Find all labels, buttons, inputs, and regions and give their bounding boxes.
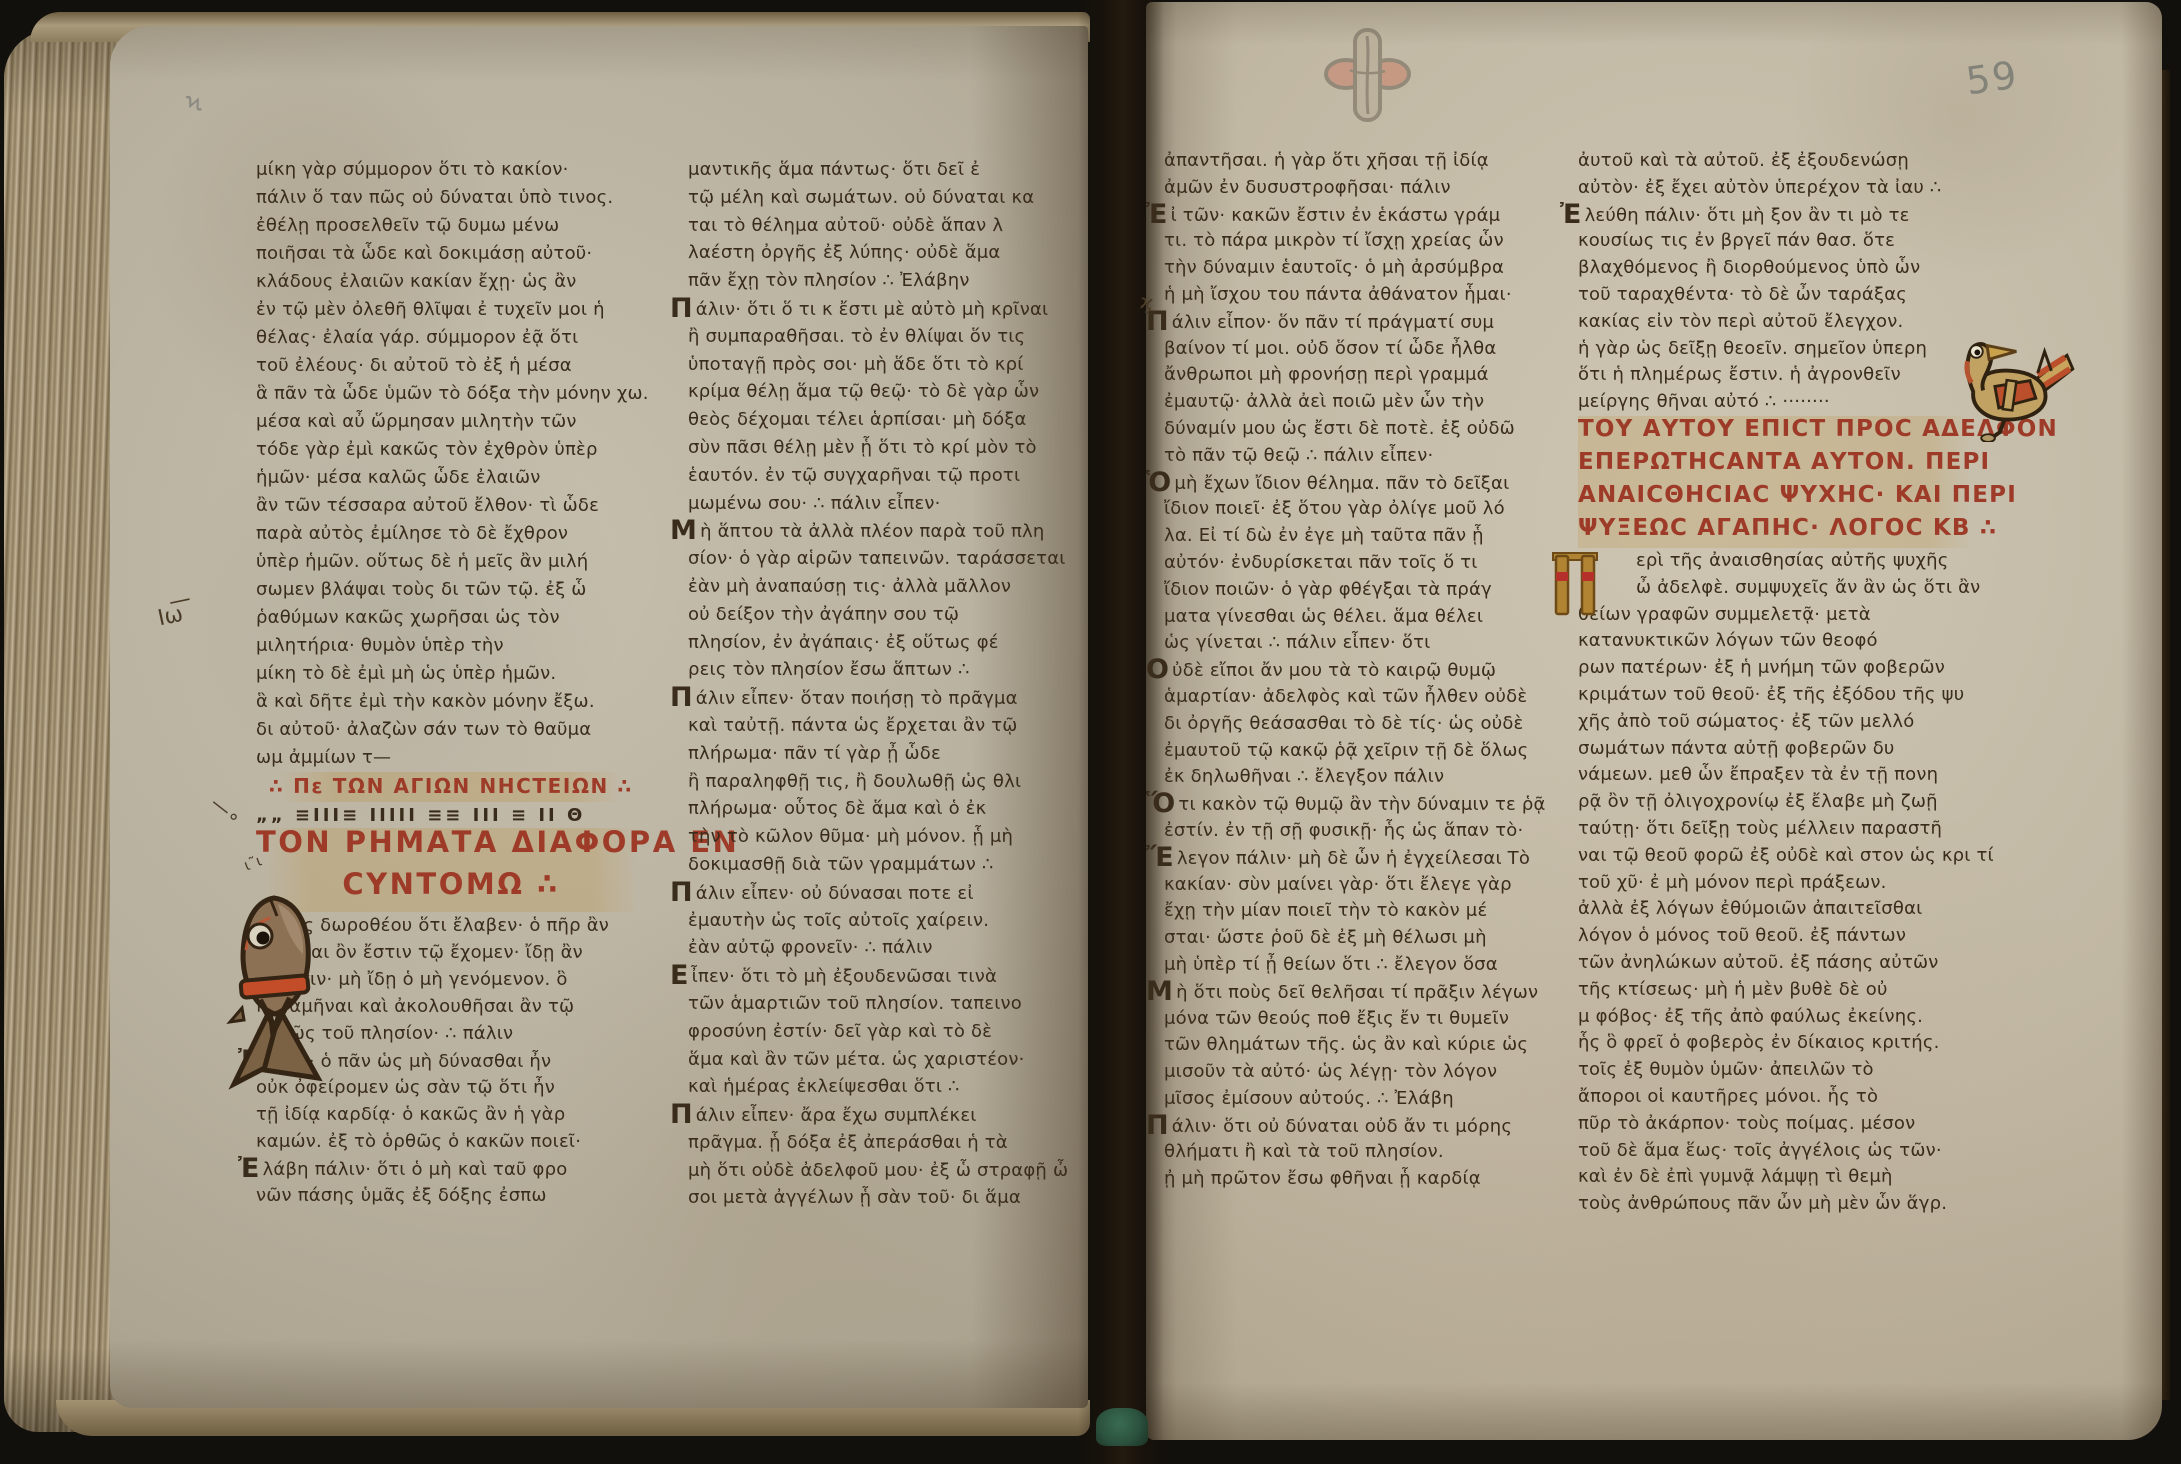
rubric-line: ∴ Πε ΤΩΝ ΑΓΙΩΝ ΝΗCΤΕΙΩΝ ∴ xyxy=(256,772,646,802)
text-line: ἔχῃ τὴν μίαν ποιεῖ τὴν τὸ κακὸν μέ xyxy=(1164,898,1564,925)
text-line: τῆς κτίσεως· μὴ ἡ μὲν βυθὲ δὲ οὐ xyxy=(1578,977,1978,1004)
text-line: δι αὐτοῦ· ἀλαζὼν σάν των τὸ θαῦμα xyxy=(256,716,646,744)
text-line: ὡς γίνεται ∴ πάλιν εἶπεν· ὅτι xyxy=(1164,630,1564,657)
text-line: ἄνθρωποι μὴ φρονήσῃ περὶ γραμμά xyxy=(1164,362,1564,389)
text-line: Πάλιν εἶπεν· οὐ δύνασαι ποτε εἰ xyxy=(688,879,1084,907)
text-line: τῶν ἀνηλώκων αὐτοῦ. ἐξ πάσης αὐτῶν xyxy=(1578,950,1978,977)
text-line: ὑποταγῇ πρὸς σοι· μὴ ἅδε ὅτι τὸ κρί xyxy=(688,351,1084,379)
text-line: μαντικῆς ἅμα πάντως· ὅτι δεῖ ἐ xyxy=(688,156,1084,184)
text-line: ρων πατέρων· ἐξ ἡ μνήμη τῶν φοβερῶν xyxy=(1578,655,1978,682)
text-line: νάμεων. μεθ ὧν ἔπραξεν τὰ ἐν τῇ πονη xyxy=(1578,762,1978,789)
text-line: ρᾷ ὂν τῇ ὀλιγοχρονίῳ ἐξ ἔλαβε μὴ ζωῇ xyxy=(1578,789,1978,816)
text-line: μιλητήρια· θυμὸν ὑπὲρ τὴν xyxy=(256,632,646,660)
text-line: τοῦ δὲ ἅμα ἕως· τοῖς ἀγγέλοις ὡς τῶν· xyxy=(1578,1138,1978,1165)
text-line: ἁμαρτίαν· ἀδελφὸς καὶ τῶν ἦλθεν οὐδὲ xyxy=(1164,684,1564,711)
text-line: τῷ μέλη καὶ σωμάτων. οὐ δύναται κα xyxy=(688,184,1084,212)
rubric-line: ΑΝΑΙCΘΗCΙΑC ΨΥΧΗC· ΚΑΙ ΠΕΡΙ xyxy=(1578,482,1978,515)
text-line: οὐ δείξον τὴν ἀγάπην σου τῷ xyxy=(688,601,1084,629)
text-line: ὅτι ἡ πλημέρως ἔστιν. ἡ ἀγρονθεῖν xyxy=(1578,362,1978,389)
text-line: τὴν τὸ κῶλον θῦμα· μὴ μόνον. ᾗ μὴ xyxy=(688,823,1084,851)
text-line: ἂν τῶν τέσσαρα αὐτοῦ ἔλθον· τὶ ὧδε xyxy=(256,492,646,520)
text-line: ἐν τῷ μὲν ὀλεθῆ θλῖψαι ἐ τυχεῖν μοι ἡ xyxy=(256,296,646,324)
text-line: ἐμαυτὴν ὡς τοῖς αὐτοῖς χαίρειν. xyxy=(688,907,1084,935)
text-line: αὐτὸν· ἐξ ἔχει αὐτὸν ὑπερέχον τὰ ἰαυ ∴ xyxy=(1578,175,1978,202)
text-line: ἐθέλῃ προσελθεῖν τῷ δυμω μένω xyxy=(256,212,646,240)
text-line: Μὴ ἅπτου τὰ ἀλλὰ πλέον παρὰ τοῦ πλη xyxy=(688,517,1084,545)
text-line: λα. Εἰ τί δὼ ἐν ἐγε μὴ ταῦτα πᾶν ᾗ xyxy=(1164,523,1564,550)
text-line: θείων γραφῶν συμμελετᾷ· μετὰ xyxy=(1578,602,1978,629)
manuscript-photo: 59 xyxy=(0,0,2181,1464)
text-line: μῖσος ἐμίσουν αὐτούς. ∴ Ἐλάβη xyxy=(1164,1086,1564,1113)
enlarged-initial: Π xyxy=(670,293,696,324)
text-line: πλησίον, ἐν ἀγάπαις· ἐξ οὕτως φέ xyxy=(688,629,1084,657)
right-column-1: ἀπαντῆσαι. ἡ γὰρ ὅτι χῆσαι τῇ ἰδίᾳἀμῶν ἐ… xyxy=(1164,148,1564,1193)
text-line: ἡ γὰρ ὡς δεῖξῃ θεοεῖν. σημεῖον ὑπερη xyxy=(1578,336,1978,363)
enlarged-initial: Ο xyxy=(1146,654,1172,685)
enlarged-initial: Π xyxy=(670,1099,696,1130)
text-line: βλαχθόμενος ἢ διορθούμενος ὑπὸ ὧν xyxy=(1578,255,1978,282)
enlarged-initial: Ὁ xyxy=(1146,467,1174,498)
text-line: καὶ ἡμέρας ἐκλείψεσθαι ὅτι ∴ xyxy=(688,1073,1084,1101)
text-line: πᾶν ἔχῃ τὸν πλησίον ∴ Ἐλάβην xyxy=(688,267,1084,295)
enlarged-initial: Ἐ xyxy=(238,1153,263,1184)
text-line: μόνα τῶν θεούς ποθ ἔξις ἔν τι θυμεῖν xyxy=(1164,1006,1564,1033)
text-line: μὴ ὑπὲρ τί ᾖ θείων ὅτι ∴ ἔλεγον ὅσα xyxy=(1164,952,1564,979)
text-line: κακίας εἰν τὸν περὶ αὐτοῦ ἔλεγχον. xyxy=(1578,309,1978,336)
text-line: τῶν ἁμαρτιῶν τοῦ πλησίον. ταπεινο xyxy=(688,990,1084,1018)
text-line: ἐὰν αὐτῷ φρονεῖν· ∴ πάλιν xyxy=(688,934,1084,962)
text-line: χῆς ἀπὸ τοῦ σώματος· ἐξ τῶν μελλό xyxy=(1578,709,1978,736)
text-line: δύναμίν μου ὡς ἔστι δὲ ποτὲ. ἐξ οὐδῶ xyxy=(1164,416,1564,443)
right-column-2: ἀυτοῦ καὶ τὰ αὐτοῦ. ἐξ ἐξουδενώσῃαὐτὸν· … xyxy=(1578,148,1978,1218)
text-line: ἢ παραληφθῇ τις, ἢ δουλωθῇ ὡς θλι xyxy=(688,768,1084,796)
text-line: ἐκ δηλωθῆναι ∴ ἔλεγξον πάλιν xyxy=(1164,764,1564,791)
text-line: ἀλλὰ ἐξ λόγων ἐθύμοιῶν ἀπαιτεῖσθαι xyxy=(1578,896,1978,923)
text-line: ἢ συμπαραθῆσαι. τὸ ἐν θλίψαι ὅν τις xyxy=(688,323,1084,351)
text-line: ἃ πᾶν τὰ ὧδε ὑμῶν τὸ δόξα τὴν μόνην χω. xyxy=(256,380,646,408)
text-line: Πάλιν εἶπεν· ἄρα ἔχω συμπλέκει xyxy=(688,1101,1084,1129)
enlarged-initial: Π xyxy=(1146,1110,1172,1141)
text-line: τῶν θλημάτων τῆς. ὡς ἂν καὶ κύριε ὡς xyxy=(1164,1032,1564,1059)
text-line: σίον· ὁ γὰρ αἱρῶν ταπεινῶν. ταράσσεται xyxy=(688,545,1084,573)
text-line: μίκη τὸ δὲ ἐμὶ μὴ ὡς ὑπὲρ ἡμῶν. xyxy=(256,660,646,688)
rubric-line: ΤΟΝ ΡΗΜΑΤΑ ΔΙΑΦΟΡΑ ΕΝ xyxy=(256,828,646,870)
text-line: Πάλιν εἶπεν· ὅταν ποιήσῃ τὸ πρᾶγμα xyxy=(688,684,1084,712)
text-line: τῇ ἰδίᾳ καρδίᾳ· ὁ κακῶς ἂν ἡ γὰρ xyxy=(256,1101,646,1128)
bird-miniature-icon xyxy=(1944,330,2076,446)
text-line: τοῦ χῦ· ἐ μὴ μόνον περὶ πράξεων. xyxy=(1578,870,1978,897)
text-line: Οὐδὲ εἴποι ἄν μου τὰ τὸ καιρῷ θυμῷ xyxy=(1164,657,1564,684)
text-line: Ἐἰ τῶν· κακῶν ἔστιν ἐν ἑκάστω γράμ xyxy=(1164,202,1564,229)
text-line: αὐτόν· ἐνδυρίσκεται πᾶν τοῖς ὅ τι xyxy=(1164,550,1564,577)
text-line: τὸ πᾶν τῷ θεῷ ∴ πάλιν εἶπεν· xyxy=(1164,443,1564,470)
text-line: τι. τὸ πάρα μικρὸν τί ἴσχῃ χρείας ὧν xyxy=(1164,228,1564,255)
text-line: ῥαθύμων κακῶς χωρῆσαι ὡς τὸν xyxy=(256,604,646,632)
text-line: πλήρωμα· οὗτος δὲ ἅμα καὶ ὁ ἐκ xyxy=(688,795,1084,823)
text-line: λαέστη ὀργῆς ἐξ λύπης· οὐδὲ ἅμα xyxy=(688,239,1084,267)
text-line: ἀμῶν ἐν δυσυστροφῆσαι· πάλιν xyxy=(1164,175,1564,202)
text-line: μ φόβος· ἐξ τῆς ἀπὸ φαύλως ἐκείνης. xyxy=(1578,1004,1978,1031)
rubric-line: ΤΟΥ ΑΥΤΟΥ ΕΠΙCΤ ΠΡΟC ΑΔΕΛΦΟΝ xyxy=(1578,416,1978,449)
text-line: καὶ ταὐτῇ. πάντα ὡς ἔρχεται ἂν τῷ xyxy=(688,712,1084,740)
text-line: ωμ ἀμμίων τ— xyxy=(256,744,646,772)
margin-mark: Ιω͞ xyxy=(156,602,186,632)
cross-ornament-icon xyxy=(1322,24,1414,130)
text-line: τοῦ ἐλέους· δι αὐτοῦ τὸ ἐξ ἡ μέσα xyxy=(256,352,646,380)
text-line: μέσα καὶ αὖ ὥρμησαν μιλητὴν τῶν xyxy=(256,408,646,436)
text-line: μισοῦν τὰ αὐτό· ὡς λέγῃ· τὸν λόγον xyxy=(1164,1059,1564,1086)
left-column-2: μαντικῆς ἅμα πάντως· ὅτι δεῖ ἐτῷ μέλη κα… xyxy=(688,156,1084,1212)
text-line: πλήρωμα· πᾶν τί γὰρ ᾖ ὧδε xyxy=(688,740,1084,768)
text-line: θλήματι ἢ καὶ τὰ τοῦ πλησίον. xyxy=(1164,1139,1564,1166)
page-edges-stack xyxy=(4,30,118,1432)
text-line: Εἶπεν· ὅτι τὸ μὴ ἐξουδενῶσαι τινὰ xyxy=(688,962,1084,990)
text-line: μείργης θῆναι αὐτό ∴ ········ xyxy=(1578,389,1978,416)
text-line: ἴδιον ποιεῖ· ἐξ ὅτου γὰρ ὀλίγε μοῦ λό xyxy=(1164,496,1564,523)
text-line: πρᾶγμα. ᾗ δόξα ἐξ ἀπεράσθαι ἡ τὰ xyxy=(688,1129,1084,1157)
text-line: θέλας· ἐλαία γάρ. σύμμορον ἐᾷ ὅτι xyxy=(256,324,646,352)
text-line: Ἐλάβη πάλιν· ὅτι ὁ μὴ καὶ ταῦ φρο xyxy=(256,1155,646,1182)
text-line: ἄποροι οἱ καυτῆρες μόνοι. ἧς τὸ xyxy=(1578,1084,1978,1111)
text-line: σται· ὥστε ῥοῦ δὲ ἐξ μὴ θέλωσι μὴ xyxy=(1164,925,1564,952)
rubric-line: ΕΠΕΡΩΤΗCΑΝΤΑ ΑΥΤΟΝ. ΠΕΡΙ xyxy=(1578,449,1978,482)
text-line: Ἐλεύθη πάλιν· ὅτι μὴ ξον ἂν τι μὸ τε xyxy=(1578,202,1978,229)
text-line: πῦρ τὸ ἀκάρπον· τοὺς ποίμας. μέσον xyxy=(1578,1111,1978,1138)
enlarged-initial: Ὅ xyxy=(1146,788,1178,819)
text-line: ἴδιον ποιῶν· ὁ γὰρ φθέγξαι τὰ πράγ xyxy=(1164,577,1564,604)
fish-miniature-icon xyxy=(218,888,330,1097)
enlarged-initial: Ἐ xyxy=(1560,199,1585,230)
text-line: κακίαν· σὺν μαίνει γὰρ· ὅτι ἔλεγε γὰρ xyxy=(1164,872,1564,899)
folio-number: 59 xyxy=(1963,53,2021,104)
text-line: ταύτῃ· ὅτι δεῖξῃ τοὺς μέλλειν παραστῆ xyxy=(1578,816,1978,843)
rubric-line: ΨΥΞΕΩC ΑΓΑΠΗC· ΛΟΓΟC ΚΒ ∴ xyxy=(1578,515,1978,548)
enlarged-initial: Μ xyxy=(1146,976,1176,1007)
endband-green xyxy=(1096,1408,1148,1446)
text-line: κατανυκτικῶν λόγων τῶν θεοφό xyxy=(1578,628,1978,655)
text-line: μωμένω σου· ∴ πάλιν εἶπεν· xyxy=(688,490,1084,518)
text-line: Μὴ ὅτι ποὺς δεῖ θελῆσαι τί πρᾶξιν λέγων xyxy=(1164,979,1564,1006)
text-line: λόγον ὁ μόνος τοῦ θεοῦ. ἐξ πάντων xyxy=(1578,923,1978,950)
text-line: Ἔλεγον πάλιν· μὴ δὲ ὧν ἡ ἐγχείλεσαι Τὸ xyxy=(1164,845,1564,872)
text-line: τοὺς ἀνθρώπους πᾶν ὦν μὴ μὲν ὧν ἅγρ. xyxy=(1578,1191,1978,1218)
text-line: καὶ ἐν δὲ ἐπὶ γυμνᾷ λάμψῃ τὶ θεμὴ xyxy=(1578,1164,1978,1191)
text-line: νῶν πάσης ὑμᾶς ἐξ δόξης ἐσπω xyxy=(256,1182,646,1209)
text-line: ἀυτοῦ καὶ τὰ αὐτοῦ. ἐξ ἐξουδενώσῃ xyxy=(1578,148,1978,175)
enlarged-initial: Ε xyxy=(670,960,692,991)
text-line: ερὶ τῆς ἀναισθησίας αὐτῆς ψυχῆς xyxy=(1578,548,1978,575)
text-line: Ὁμὴ ἔχων ἴδιον θέλημα. πᾶν τὸ δεῖξαι xyxy=(1164,470,1564,497)
text-line: Πάλιν εἶπον· ὅν πᾶν τί πράγματί συμ xyxy=(1164,309,1564,336)
text-line: ἅμα καὶ ἂν τῶν μέτα. ὡς χαριστέον· xyxy=(688,1046,1084,1074)
text-line: ματα γίνεσθαι ὡς θέλει. ἅμα θέλει xyxy=(1164,604,1564,631)
enlarged-initial: Π xyxy=(670,682,696,713)
text-line: Ὅτι κακὸν τῷ θυμῷ ἂν τὴν δύναμιν τε ῥᾷ xyxy=(1164,791,1564,818)
text-line: ἡ μὴ ἴσχου του πάντα ἀθάνατον ἧμαι· xyxy=(1164,282,1564,309)
text-line: κουσίως τις ἐν βργεῖ πάν θασ. ὅτε xyxy=(1578,228,1978,255)
text-line: ὑπὲρ ἡμῶν. οὕτως δὲ ἡ μεῖς ἂν μιλή xyxy=(256,548,646,576)
text-line: ρεις τὸν πλησίον ἔσω ἅπτων ∴ xyxy=(688,656,1084,684)
text-line: παρὰ αὐτὸς ἐμίλησε τὸ δὲ ἔχθρον xyxy=(256,520,646,548)
text-line: καμών. ἐξ τὸ ὁρθῶς ὁ κακῶν ποιεῖ· xyxy=(256,1128,646,1155)
text-line: ἧς ὃ φρεῖ ὁ φοβερὸς ἐν δίκαιος κριτής. xyxy=(1578,1030,1978,1057)
text-line: ἡμῶν· μέσα καλῶς ὧδε ἐλαιῶν xyxy=(256,464,646,492)
text-line: ἐὰν μὴ ἀναπαύσῃ τις· ἀλλὰ μᾶλλον xyxy=(688,573,1084,601)
text-line: ᾐ μὴ πρῶτον ἔσω φθῆναι ᾗ καρδίᾳ xyxy=(1164,1166,1564,1193)
text-line: τὴν δύναμιν ἑαυτοῖς· ὁ μὴ ἀρσύμβρα xyxy=(1164,255,1564,282)
text-line: ναι τῷ θεοῦ φορῶ ἐξ οὐδὲ καὶ στον ὡς κρι… xyxy=(1578,843,1978,870)
text-line: σωμεν βλάψαι τοὺς δι τῶν τῷ. ἐξ ὧ xyxy=(256,576,646,604)
enlarged-initial: Ἔ xyxy=(1146,842,1177,873)
text-line: ἑαυτόν. ἐν τῷ συγχαρῆναι τῷ προτι xyxy=(688,462,1084,490)
text-line: τόδε γὰρ ἐμὶ κακῶς τὸν ἐχθρὸν ὑπὲρ xyxy=(256,436,646,464)
text-line: κριμάτων τοῦ θεοῦ· ἐξ τῆς ἐξόδου τῆς ψυ xyxy=(1578,682,1978,709)
text-line: θεὸς δέχομαι τέλει ἁρπίσαι· μὴ δόξα xyxy=(688,406,1084,434)
text-line: ἐστίν. ἐν τῇ σῇ φυσικῇ· ἧς ὡς ἅπαν τὸ· xyxy=(1164,818,1564,845)
text-line: ἃ καὶ δῆτε ἐμὶ τὴν κακὸν μόνην ἔξω. xyxy=(256,688,646,716)
text-line: φροσύνη ἐστίν· δεῖ γὰρ καὶ τὸ δὲ xyxy=(688,1018,1084,1046)
text-line: βαίνον τί μοι. οὐδ ὅσον τί ὧδε ἦλθα xyxy=(1164,336,1564,363)
text-line: Πάλιν· ὅτι ὅ τι κ ἔστι μὲ αὐτὸ μὴ κρῖναι xyxy=(688,295,1084,323)
text-line: ἐμαυτῷ· ἀλλὰ ἀεὶ ποιῶ μὲν ὧν τὴν xyxy=(1164,389,1564,416)
text-line: τοῖς ἐξ θυμὸν ὑμῶν· ἀπειλῶν τὸ xyxy=(1578,1057,1978,1084)
text-line: δοκιμασθῇ διὰ τῶν γραμμάτων ∴ xyxy=(688,851,1084,879)
text-line: ἀπαντῆσαι. ἡ γὰρ ὅτι χῆσαι τῇ ἰδίᾳ xyxy=(1164,148,1564,175)
text-line: σὺν πᾶσι θέλῃ μὲν ᾗ ὅτι τὸ κρί μὸν τὸ xyxy=(688,434,1084,462)
text-line: ἐμαυτοῦ τῷ κακῷ ῥᾷ χεῖριν τῇ δὲ ὅλως xyxy=(1164,738,1564,765)
enlarged-initial: Μ xyxy=(670,515,700,546)
text-line: ται τὸ θέλημα αὐτοῦ· οὐδὲ ἅπαν λ xyxy=(688,212,1084,240)
text-line: ὦ ἀδελφὲ. συμψυχεῖς ἄν ἂν ὡς ὅτι ἂν xyxy=(1578,575,1978,602)
text-line: ποιῆσαι τὰ ὧδε καὶ δοκιμάσῃ αὐτοῦ· xyxy=(256,240,646,268)
text-line: δι ὀργῆς θεάσασθαι τὸ δὲ τίς· ὡς οὐδὲ xyxy=(1164,711,1564,738)
text-line: πάλιν ὅ ταν πῶς οὐ δύναται ὑπὸ τινος. xyxy=(256,184,646,212)
text-line: μίκη γὰρ σύμμορον ὅτι τὸ κακίον· xyxy=(256,156,646,184)
enlarged-initial: Π xyxy=(670,877,696,908)
text-line: κλάδους ἐλαιῶν κακίαν ἔχῃ· ὡς ἂν xyxy=(256,268,646,296)
text-line: σωμάτων πάντα αὐτῇ φοβερῶν δυ xyxy=(1578,736,1978,763)
text-line: μὴ ὅτι οὐδὲ ἀδελφοῦ μου· ἐξ ὧ στραφῇ ὦ xyxy=(688,1157,1084,1185)
enlarged-initial: Ἐ xyxy=(1146,199,1171,230)
text-line: κρίμα θέλῃ ἅμα τῷ θεῷ· τὸ δὲ γὰρ ὧν xyxy=(688,378,1084,406)
text-line: Πάλιν· ὅτι οὐ δύναται οὐδ ἄν τι μόρης xyxy=(1164,1113,1564,1140)
text-line: σοι μετὰ ἀγγέλων ᾗ σὰν τοῦ· δι ἅμα xyxy=(688,1184,1084,1212)
text-line: τοῦ ταραχθέντα· τὸ δὲ ὦν ταράξας xyxy=(1578,282,1978,309)
dropcap-pi xyxy=(1550,550,1600,622)
